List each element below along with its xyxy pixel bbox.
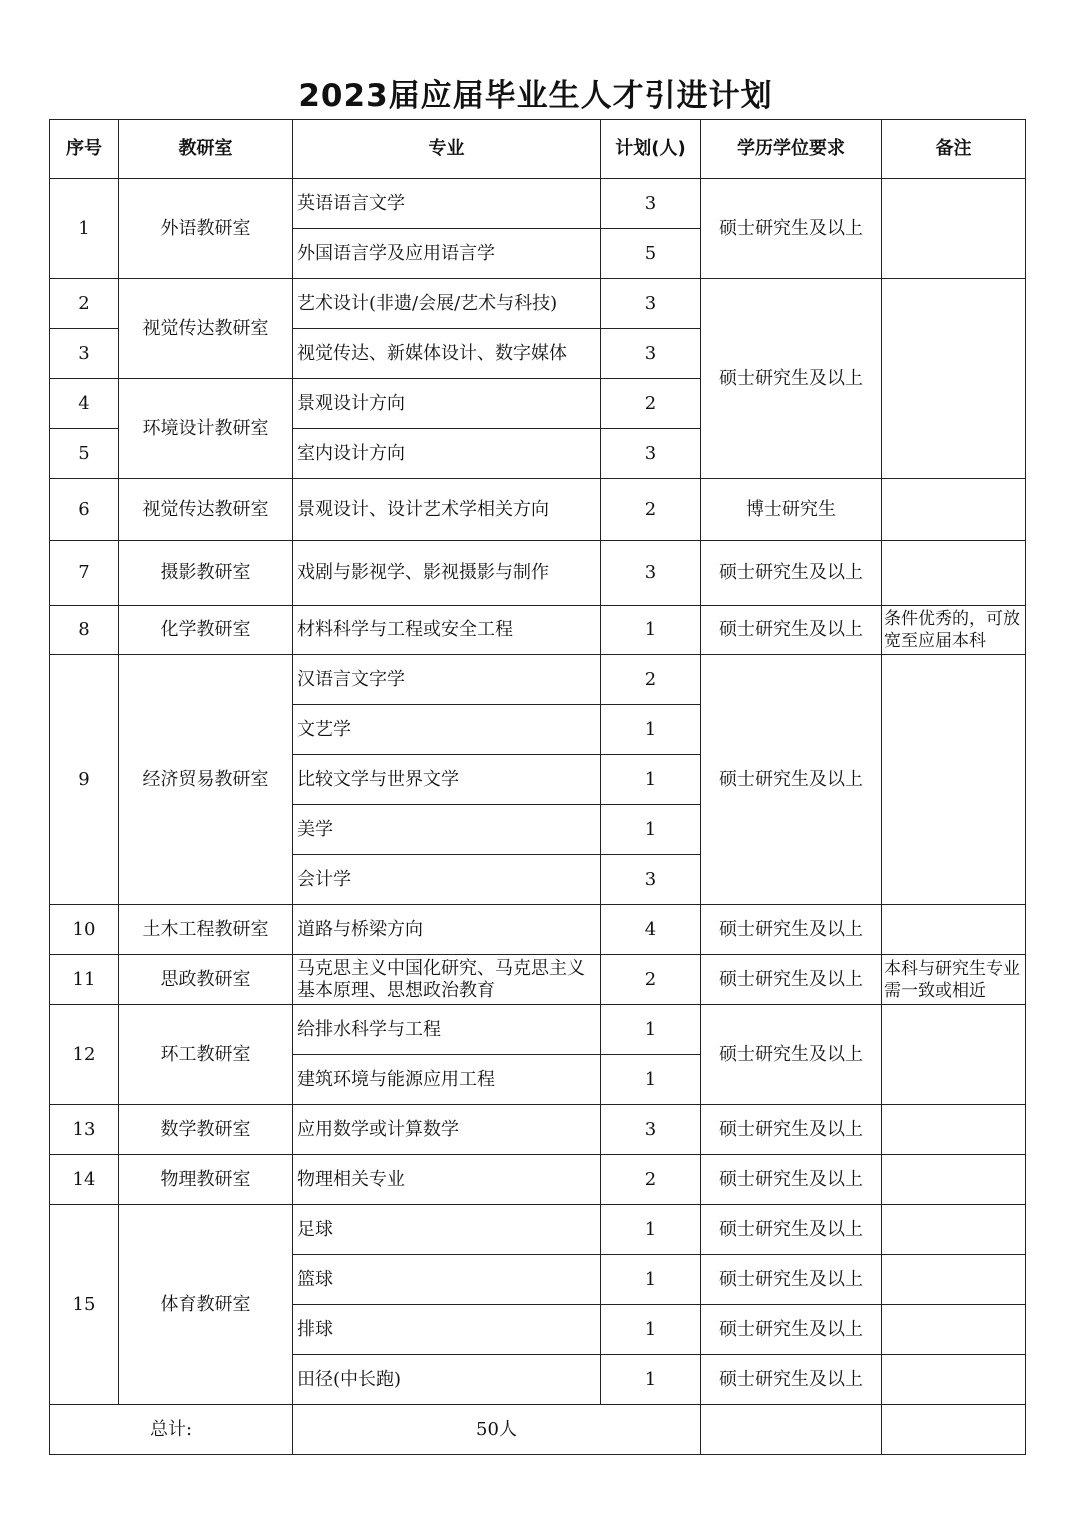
row-no: 12 (49, 1004, 119, 1105)
row-major: 排球 (292, 1304, 601, 1355)
row-no: 7 (49, 540, 119, 606)
row-note (881, 540, 1026, 606)
row-major: 物理相关专业 (292, 1154, 601, 1205)
row-major: 比较文学与世界文学 (292, 754, 601, 805)
row-degree: 硕士研究生及以上 (700, 278, 882, 479)
row-count: 3 (600, 278, 701, 329)
row-no: 8 (49, 605, 119, 655)
row-dept: 摄影教研室 (118, 540, 293, 606)
row-dept: 土木工程教研室 (118, 904, 293, 955)
row-no: 10 (49, 904, 119, 955)
row-note (881, 1004, 1026, 1105)
row-count: 1 (600, 1004, 701, 1055)
row-dept: 化学教研室 (118, 605, 293, 655)
row-note: 条件优秀的，可放宽至应届本科 (881, 605, 1026, 655)
row-count: 1 (600, 1354, 701, 1405)
row-note (881, 478, 1026, 541)
row-count: 2 (600, 1154, 701, 1205)
row-note: 本科与研究生专业需一致或相近 (881, 954, 1026, 1005)
row-no: 15 (49, 1204, 119, 1405)
row-major: 应用数学或计算数学 (292, 1104, 601, 1155)
row-no: 2 (49, 278, 119, 329)
row-count: 3 (600, 1104, 701, 1155)
row-major: 戏剧与影视学、影视摄影与制作 (292, 540, 601, 606)
row-degree: 硕士研究生及以上 (700, 1154, 882, 1205)
row-major: 篮球 (292, 1254, 601, 1305)
row-no: 3 (49, 328, 119, 379)
row-note (881, 1154, 1026, 1205)
row-dept: 体育教研室 (118, 1204, 293, 1405)
row-degree: 硕士研究生及以上 (700, 178, 882, 279)
row-note (881, 1204, 1026, 1255)
row-dept: 数学教研室 (118, 1104, 293, 1155)
row-no: 9 (49, 654, 119, 905)
row-major: 给排水科学与工程 (292, 1004, 601, 1055)
total-label: 总计: (49, 1404, 293, 1455)
row-major: 外国语言学及应用语言学 (292, 228, 601, 279)
row-count: 1 (600, 1204, 701, 1255)
row-degree: 硕士研究生及以上 (700, 1204, 882, 1255)
row-degree: 硕士研究生及以上 (700, 1104, 882, 1155)
row-note (881, 1254, 1026, 1305)
page-title: 2023届应届毕业生人才引进计划 (0, 70, 1071, 115)
row-major: 材料科学与工程或安全工程 (292, 605, 601, 655)
row-note (881, 1304, 1026, 1355)
row-count: 1 (600, 804, 701, 855)
row-no: 5 (49, 428, 119, 479)
row-major: 艺术设计(非遗/会展/艺术与科技) (292, 278, 601, 329)
header-note: 备注 (881, 119, 1026, 179)
row-note (881, 1104, 1026, 1155)
row-dept: 视觉传达教研室 (118, 278, 293, 379)
row-no: 1 (49, 178, 119, 279)
row-count: 1 (600, 704, 701, 755)
total-degree-empty (700, 1404, 882, 1455)
row-major: 美学 (292, 804, 601, 855)
row-count: 1 (600, 1254, 701, 1305)
row-count: 2 (600, 478, 701, 541)
row-degree: 硕士研究生及以上 (700, 1004, 882, 1105)
row-count: 2 (600, 378, 701, 429)
row-major: 英语语言文学 (292, 178, 601, 229)
row-no: 13 (49, 1104, 119, 1155)
row-degree: 硕士研究生及以上 (700, 1254, 882, 1305)
row-dept: 外语教研室 (118, 178, 293, 279)
row-note (881, 654, 1026, 905)
row-no: 4 (49, 378, 119, 429)
row-note (881, 1354, 1026, 1405)
total-note-empty (881, 1404, 1026, 1455)
row-no: 11 (49, 954, 119, 1005)
total-value: 50人 (292, 1404, 701, 1455)
header-major: 专业 (292, 119, 601, 179)
row-count: 2 (600, 654, 701, 705)
row-count: 3 (600, 540, 701, 606)
row-dept: 环境设计教研室 (118, 378, 293, 479)
header-count: 计划(人) (600, 119, 701, 179)
row-count: 3 (600, 328, 701, 379)
row-degree: 硕士研究生及以上 (700, 904, 882, 955)
row-degree: 硕士研究生及以上 (700, 654, 882, 905)
header-degree: 学历学位要求 (700, 119, 882, 179)
row-no: 6 (49, 478, 119, 541)
row-count: 3 (600, 428, 701, 479)
row-major: 视觉传达、新媒体设计、数字媒体 (292, 328, 601, 379)
row-degree: 硕士研究生及以上 (700, 1354, 882, 1405)
row-count: 1 (600, 754, 701, 805)
header-dept: 教研室 (118, 119, 293, 179)
row-major: 景观设计、设计艺术学相关方向 (292, 478, 601, 541)
row-major: 马克思主义中国化研究、马克思主义基本原理、思想政治教育 (292, 954, 601, 1005)
row-dept: 环工教研室 (118, 1004, 293, 1105)
row-major: 文艺学 (292, 704, 601, 755)
row-major: 田径(中长跑) (292, 1354, 601, 1405)
row-dept: 物理教研室 (118, 1154, 293, 1205)
row-count: 3 (600, 178, 701, 229)
row-count: 1 (600, 605, 701, 655)
row-dept: 经济贸易教研室 (118, 654, 293, 905)
row-degree: 博士研究生 (700, 478, 882, 541)
row-major: 室内设计方向 (292, 428, 601, 479)
row-note (881, 904, 1026, 955)
header-no: 序号 (49, 119, 119, 179)
row-major: 足球 (292, 1204, 601, 1255)
row-note (881, 278, 1026, 479)
row-count: 1 (600, 1304, 701, 1355)
row-no: 14 (49, 1154, 119, 1205)
row-dept: 思政教研室 (118, 954, 293, 1005)
row-major: 道路与桥梁方向 (292, 904, 601, 955)
row-major: 景观设计方向 (292, 378, 601, 429)
row-major: 会计学 (292, 854, 601, 905)
row-degree: 硕士研究生及以上 (700, 1304, 882, 1355)
row-count: 1 (600, 1054, 701, 1105)
row-count: 5 (600, 228, 701, 279)
row-dept: 视觉传达教研室 (118, 478, 293, 541)
row-degree: 硕士研究生及以上 (700, 605, 882, 655)
row-major: 建筑环境与能源应用工程 (292, 1054, 601, 1105)
row-count: 4 (600, 904, 701, 955)
row-note (881, 178, 1026, 279)
row-major: 汉语言文字学 (292, 654, 601, 705)
row-degree: 硕士研究生及以上 (700, 954, 882, 1005)
row-degree: 硕士研究生及以上 (700, 540, 882, 606)
row-count: 3 (600, 854, 701, 905)
row-count: 2 (600, 954, 701, 1005)
